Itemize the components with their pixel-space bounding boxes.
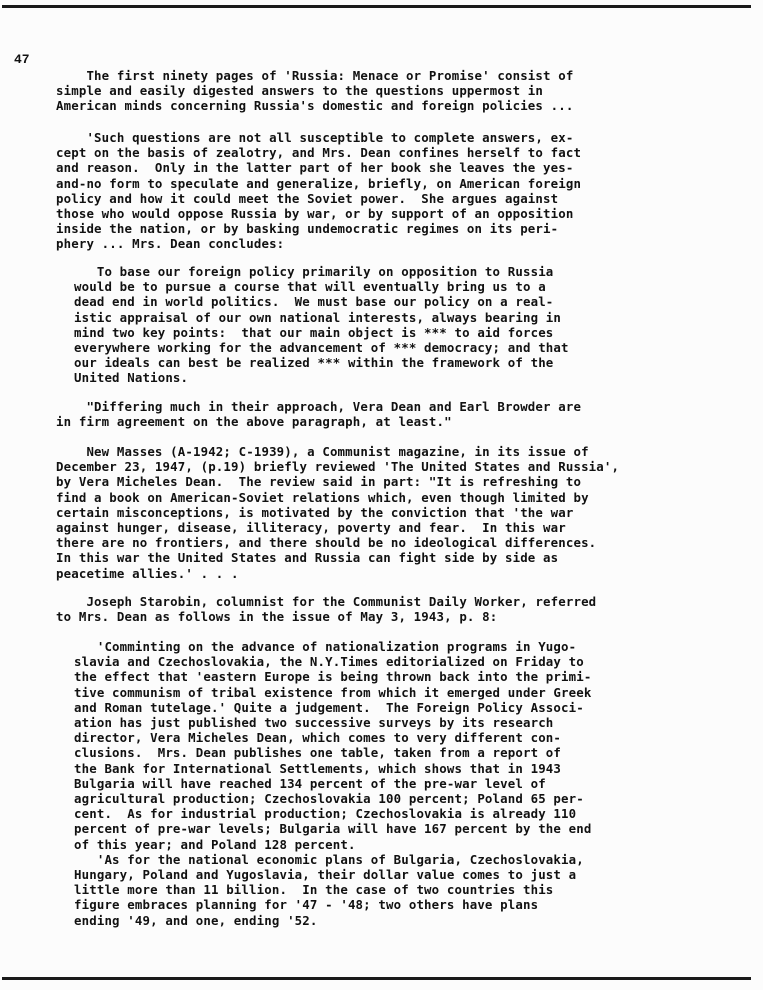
block-quote-starobin: 'Comminting on the advance of nationaliz… <box>74 639 591 928</box>
paragraph-intro: The first ninety pages of 'Russia: Menac… <box>56 68 573 114</box>
paragraph-new-masses: New Masses (A-1942; C-1939), a Communist… <box>56 444 619 581</box>
page-number: 47 <box>14 52 30 67</box>
paragraph-such-questions: 'Such questions are not all susceptible … <box>56 130 581 252</box>
top-border-rule <box>2 5 751 8</box>
block-quote-dean-conclusion: To base our foreign policy primarily on … <box>74 264 569 386</box>
paragraph-starobin: Joseph Starobin, columnist for the Commu… <box>56 594 596 624</box>
bottom-border-rule <box>2 977 751 980</box>
paragraph-browder-agreement: "Differing much in their approach, Vera … <box>56 399 581 429</box>
